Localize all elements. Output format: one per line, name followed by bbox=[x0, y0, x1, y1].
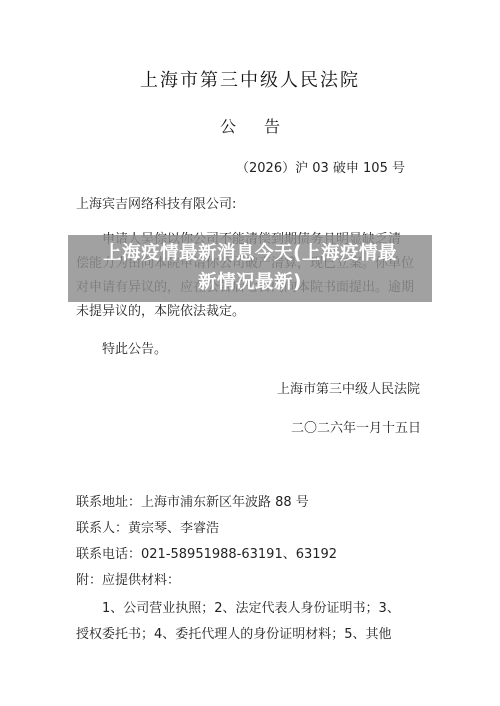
attachments-label: 附：应提供材料： bbox=[76, 568, 337, 594]
signature-court: 上海市第三中级人民法院 bbox=[277, 378, 420, 397]
attachments-line: 授权委托书；4、委托代理人的身份证明材料；5、其他 bbox=[76, 622, 400, 648]
court-name-heading: 上海市第三中级人民法院 bbox=[0, 66, 500, 92]
contact-persons: 联系人：黄宗琴、李睿浩 bbox=[76, 516, 337, 542]
signature-date: 二〇二六年一月十五日 bbox=[291, 417, 421, 436]
contact-phone: 联系电话：021-58951988-63191、63192 bbox=[76, 542, 337, 568]
attachments-line: 1、公司营业执照；2、法定代表人身份证明书；3、 bbox=[76, 596, 400, 622]
addressee: 上海宾吉网络科技有限公司: bbox=[76, 193, 236, 212]
headline-overlay-banner: 上海疫情最新消息今天(上海疫情最 新情况最新) bbox=[68, 235, 432, 302]
headline-line-1: 上海疫情最新消息今天(上海疫情最 bbox=[68, 239, 432, 268]
headline-line-2: 新情况最新) bbox=[68, 268, 432, 297]
case-number: （2026）沪 03 破申 105 号 bbox=[236, 157, 405, 176]
closing-text: 特此公告。 bbox=[102, 338, 167, 357]
contact-info: 联系地址：上海市浦东新区年波路 88 号 联系人：黄宗琴、李睿浩 联系电话：02… bbox=[76, 490, 337, 594]
notice-title: 公告 bbox=[0, 114, 500, 137]
contact-address: 联系地址：上海市浦东新区年波路 88 号 bbox=[76, 490, 337, 516]
attachments-list: 1、公司营业执照；2、法定代表人身份证明书；3、 授权委托书；4、委托代理人的身… bbox=[76, 596, 400, 648]
court-notice-document: 上海市第三中级人民法院 公告 （2026）沪 03 破申 105 号 上海宾吉网… bbox=[0, 0, 500, 706]
body-line: 未提异议的，本院依法裁定。 bbox=[76, 300, 431, 324]
